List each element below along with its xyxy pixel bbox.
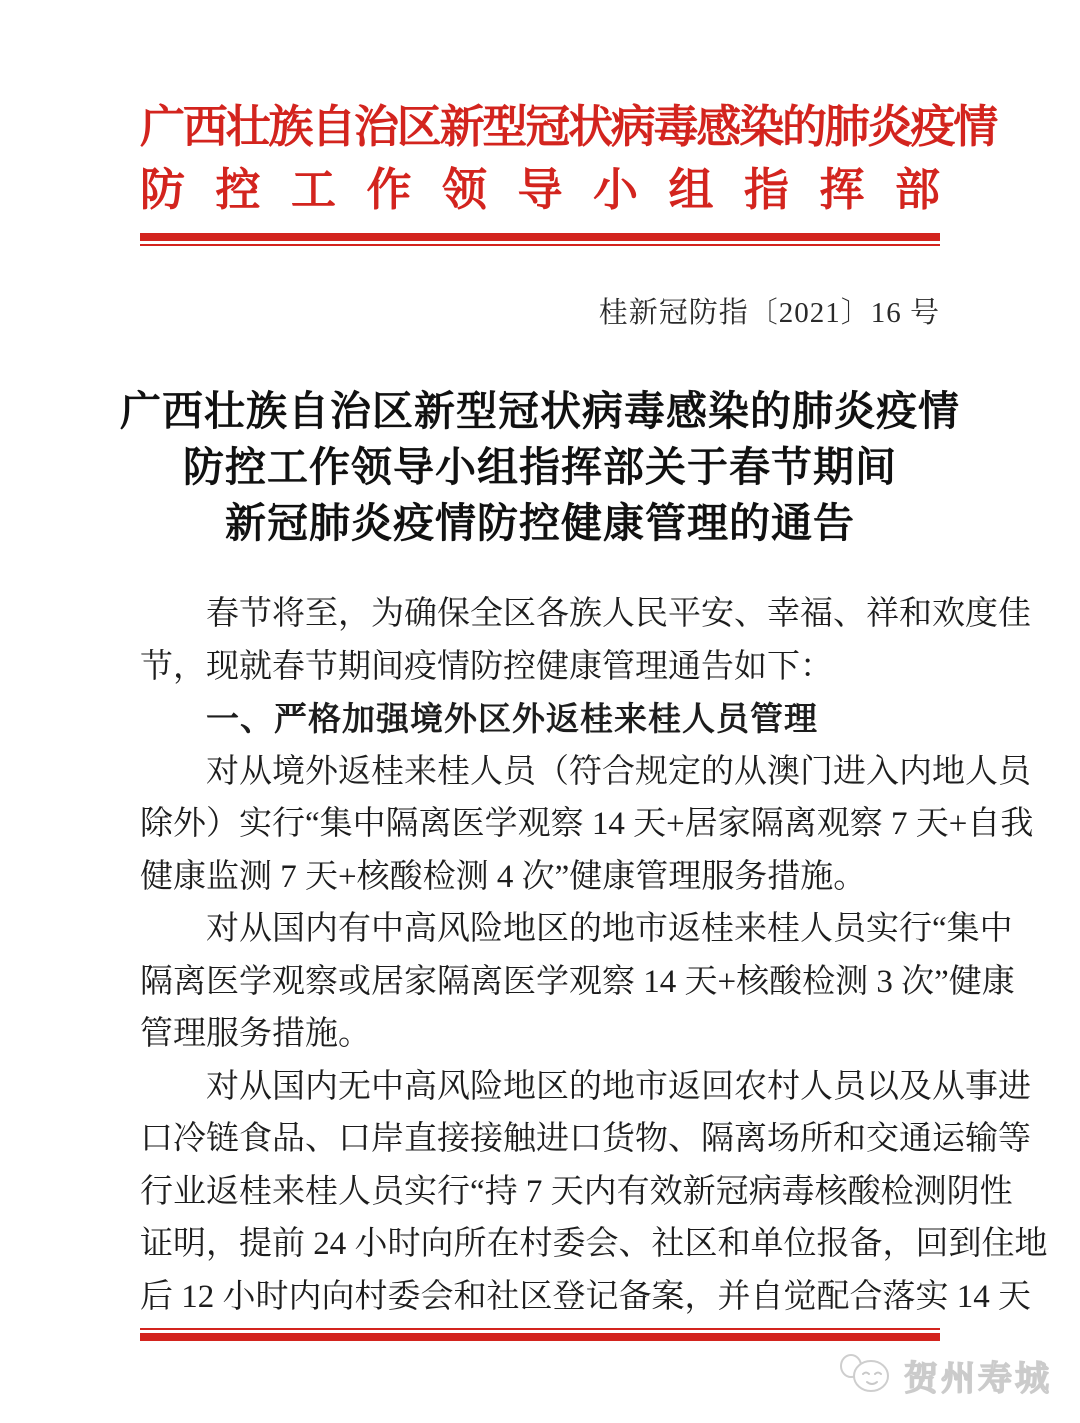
section-heading-1: 一、严格加强境外区外返桂来桂人员管理 <box>140 693 940 746</box>
paragraph-1-line-1: 春节将至，为确保全区各族人民平安、幸福、祥和欢度佳 <box>140 588 940 641</box>
document-page: 广西壮族自治区新型冠状病毒感染的肺炎疫情 防控工作领导小组指挥部 桂新冠防指〔2… <box>0 0 1080 1423</box>
title-line-1: 广西壮族自治区新型冠状病毒感染的肺炎疫情 <box>90 383 990 439</box>
paragraph-1-line-2: 节，现就春节期间疫情防控健康管理通告如下： <box>140 641 940 694</box>
paragraph-3-line-2: 隔离医学观察或居家隔离医学观察 14 天+核酸检测 3 次”健康 <box>140 956 940 1009</box>
footer-separator-rule <box>140 1328 940 1341</box>
paragraph-4-line-5: 后 12 小时内向村委会和社区登记备案，并自觉配合落实 14 天 <box>140 1271 940 1324</box>
paragraph-4-line-2: 口冷链食品、口岸直接接触进口货物、隔离场所和交通运输等 <box>140 1113 940 1166</box>
paragraph-2-line-3: 健康监测 7 天+核酸检测 4 次”健康管理服务措施。 <box>140 851 940 904</box>
paragraph-2-line-1: 对从境外返桂来桂人员（符合规定的从澳门进入内地人员 <box>140 746 940 799</box>
rule-thin <box>140 244 940 246</box>
letterhead-line-2: 防控工作领导小组指挥部 <box>140 158 940 222</box>
document-body: 春节将至，为确保全区各族人民平安、幸福、祥和欢度佳 节，现就春节期间疫情防控健康… <box>140 588 940 1323</box>
paragraph-4-line-4: 证明，提前 24 小时向所在村委会、社区和单位报备，回到住地 <box>140 1218 940 1271</box>
watermark: 贺州寿城 <box>838 1350 1052 1401</box>
paragraph-4-line-1: 对从国内无中高风险地区的地市返回农村人员以及从事进 <box>140 1061 940 1114</box>
letterhead-line-1: 广西壮族自治区新型冠状病毒感染的肺炎疫情 <box>140 96 940 158</box>
rule-thick <box>140 1333 940 1341</box>
letterhead: 广西壮族自治区新型冠状病毒感染的肺炎疫情 防控工作领导小组指挥部 <box>140 96 940 222</box>
title-line-2: 防控工作领导小组指挥部关于春节期间 <box>90 439 990 495</box>
document-title: 广西壮族自治区新型冠状病毒感染的肺炎疫情 防控工作领导小组指挥部关于春节期间 新… <box>90 383 990 551</box>
watermark-label: 贺州寿城 <box>904 1351 1052 1400</box>
paragraph-3-line-3: 管理服务措施。 <box>140 1008 940 1061</box>
document-number: 桂新冠防指〔2021〕16 号 <box>140 290 940 331</box>
title-line-3: 新冠肺炎疫情防控健康管理的通告 <box>90 495 990 551</box>
paragraph-4-line-3: 行业返桂来桂人员实行“持 7 天内有效新冠病毒核酸检测阴性 <box>140 1166 940 1219</box>
watermark-logo-icon <box>838 1350 896 1401</box>
letterhead-separator-rule <box>140 233 940 246</box>
paragraph-2-line-2: 除外）实行“集中隔离医学观察 14 天+居家隔离观察 7 天+自我 <box>140 798 940 851</box>
paragraph-3-line-1: 对从国内有中高风险地区的地市返桂来桂人员实行“集中 <box>140 903 940 956</box>
rule-thick <box>140 233 940 241</box>
